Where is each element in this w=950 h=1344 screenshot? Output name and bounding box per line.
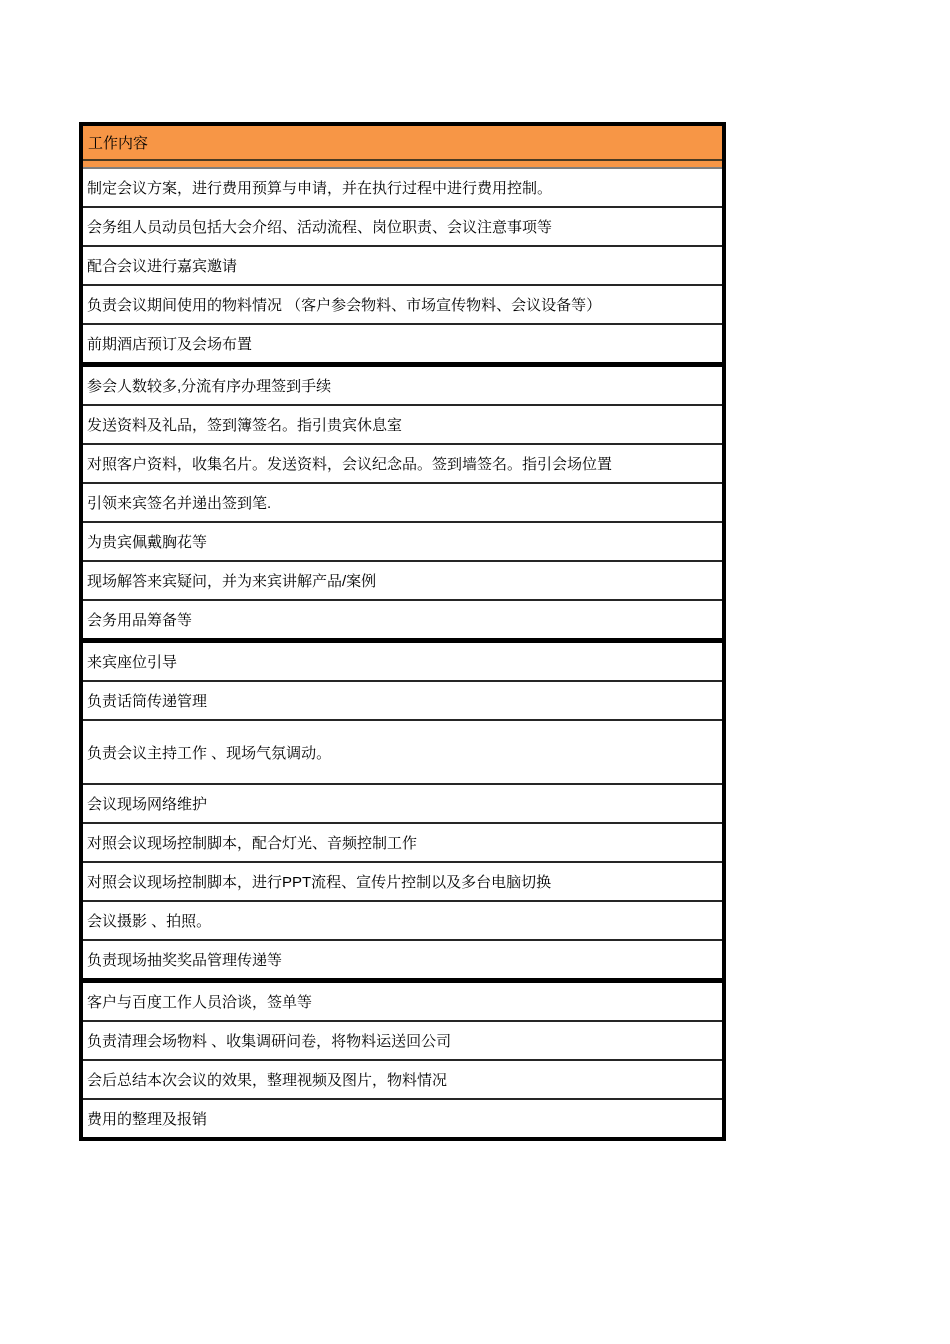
table-header-strip — [83, 161, 722, 169]
table-row: 会务组人员动员包括大会介绍、活动流程、岗位职责、会议注意事项等 — [83, 208, 722, 247]
row-text: 负责会议期间使用的物料情况 （客户参会物料、市场宣传物料、会议设备等） — [87, 294, 601, 315]
table-row: 为贵宾佩戴胸花等 — [83, 523, 722, 562]
table-row: 来宾座位引导 — [83, 643, 722, 682]
table-row: 负责现场抽奖奖品管理传递等 — [83, 941, 722, 983]
row-text: 对照会议现场控制脚本，进行PPT流程、宣传片控制以及多台电脑切换 — [87, 871, 551, 892]
row-text: 客户与百度工作人员洽谈，签单等 — [87, 991, 312, 1012]
row-text: 负责现场抽奖奖品管理传递等 — [87, 949, 282, 970]
row-text: 负责会议主持工作 、现场气氛调动。 — [87, 742, 331, 763]
table-row: 费用的整理及报销 — [83, 1100, 722, 1137]
table-row: 制定会议方案，进行费用预算与申请，并在执行过程中进行费用控制。 — [83, 169, 722, 208]
row-text: 来宾座位引导 — [87, 651, 177, 672]
row-text: 对照客户资料，收集名片。发送资料，会议纪念品。签到墙签名。指引会场位置 — [87, 453, 612, 474]
table-row: 配合会议进行嘉宾邀请 — [83, 247, 722, 286]
table-row: 客户与百度工作人员洽谈，签单等 — [83, 983, 722, 1022]
row-text: 费用的整理及报销 — [87, 1108, 207, 1129]
table-header-row: 工作内容 — [83, 126, 722, 161]
row-text: 会后总结本次会议的效果，整理视频及图片，物料情况 — [87, 1069, 447, 1090]
row-text: 参会人数较多,分流有序办理签到手续 — [87, 375, 331, 396]
row-text: 配合会议进行嘉宾邀请 — [87, 255, 237, 276]
table-row: 前期酒店预订及会场布置 — [83, 325, 722, 367]
row-text: 会议摄影 、拍照。 — [87, 910, 211, 931]
table-row: 负责会议期间使用的物料情况 （客户参会物料、市场宣传物料、会议设备等） — [83, 286, 722, 325]
table-row: 对照会议现场控制脚本，配合灯光、音频控制工作 — [83, 824, 722, 863]
table-row: 发送资料及礼品，签到簿签名。指引贵宾休息室 — [83, 406, 722, 445]
table-body: 制定会议方案，进行费用预算与申请，并在执行过程中进行费用控制。会务组人员动员包括… — [83, 169, 722, 1137]
row-text: 会务用品筹备等 — [87, 609, 192, 630]
work-content-table: 工作内容 制定会议方案，进行费用预算与申请，并在执行过程中进行费用控制。会务组人… — [79, 122, 726, 1141]
table-row: 会务用品筹备等 — [83, 601, 722, 643]
row-text: 会议现场网络维护 — [87, 793, 207, 814]
row-text: 为贵宾佩戴胸花等 — [87, 531, 207, 552]
row-text: 引领来宾签名并递出签到笔. — [87, 492, 271, 513]
row-text: 发送资料及礼品，签到簿签名。指引贵宾休息室 — [87, 414, 402, 435]
table-row: 对照客户资料，收集名片。发送资料，会议纪念品。签到墙签名。指引会场位置 — [83, 445, 722, 484]
table-row: 负责会议主持工作 、现场气氛调动。 — [83, 721, 722, 785]
row-text: 制定会议方案，进行费用预算与申请，并在执行过程中进行费用控制。 — [87, 177, 552, 198]
page: 工作内容 制定会议方案，进行费用预算与申请，并在执行过程中进行费用控制。会务组人… — [0, 0, 950, 1344]
table-row: 参会人数较多,分流有序办理签到手续 — [83, 367, 722, 406]
table-row: 负责清理会场物料 、收集调研问卷，将物料运送回公司 — [83, 1022, 722, 1061]
row-text: 现场解答来宾疑问，并为来宾讲解产品/案例 — [87, 570, 376, 591]
row-text: 负责话筒传递管理 — [87, 690, 207, 711]
table-row: 现场解答来宾疑问，并为来宾讲解产品/案例 — [83, 562, 722, 601]
row-text: 负责清理会场物料 、收集调研问卷，将物料运送回公司 — [87, 1030, 451, 1051]
row-text: 前期酒店预订及会场布置 — [87, 333, 252, 354]
table-row: 对照会议现场控制脚本，进行PPT流程、宣传片控制以及多台电脑切换 — [83, 863, 722, 902]
table-row: 会后总结本次会议的效果，整理视频及图片，物料情况 — [83, 1061, 722, 1100]
table-row: 负责话筒传递管理 — [83, 682, 722, 721]
table-row: 会议现场网络维护 — [83, 785, 722, 824]
row-text: 会务组人员动员包括大会介绍、活动流程、岗位职责、会议注意事项等 — [87, 216, 552, 237]
table-row: 引领来宾签名并递出签到笔. — [83, 484, 722, 523]
row-text: 对照会议现场控制脚本，配合灯光、音频控制工作 — [87, 832, 417, 853]
table-header-label: 工作内容 — [88, 132, 148, 153]
table-row: 会议摄影 、拍照。 — [83, 902, 722, 941]
